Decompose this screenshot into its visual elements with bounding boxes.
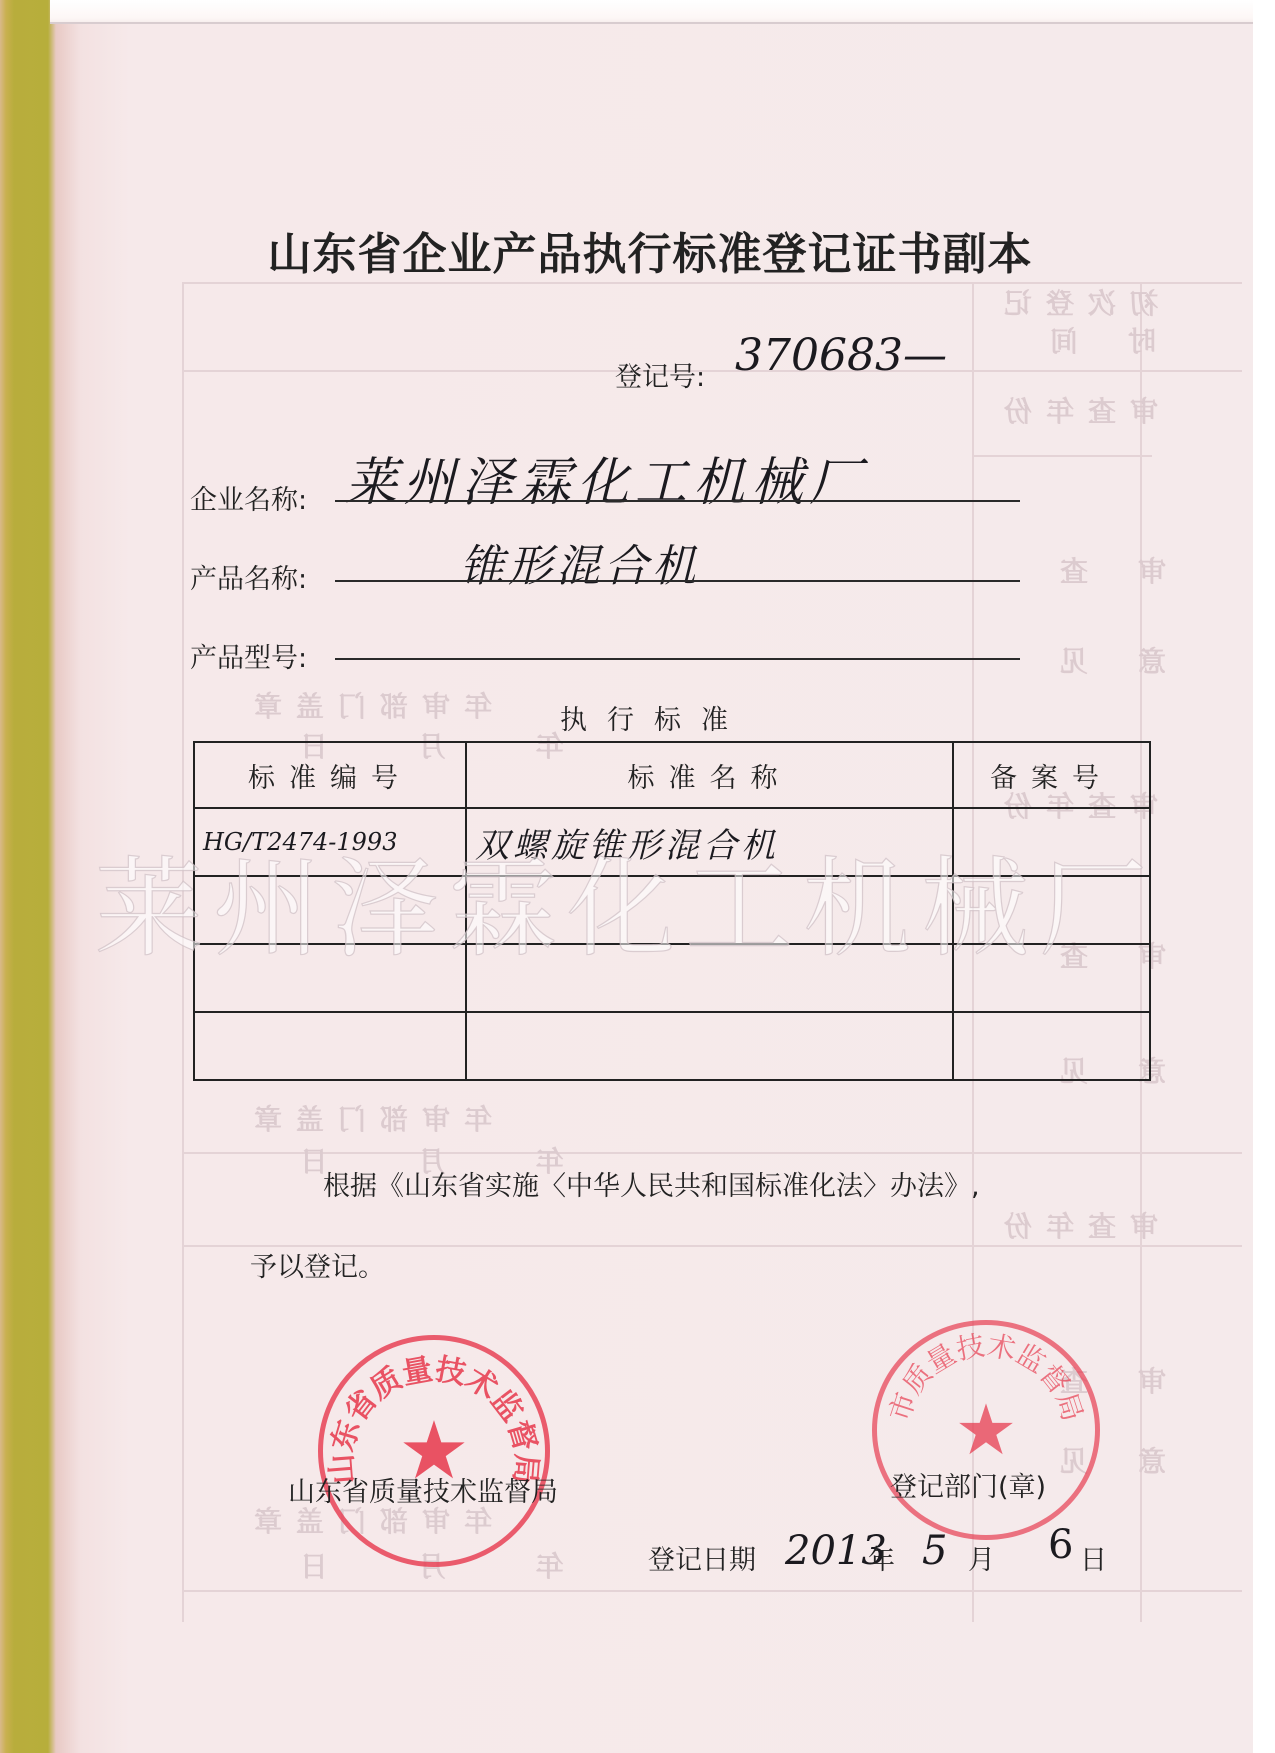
registration-month: 5 — [922, 1528, 947, 1574]
registering-dept-label: 登记部门(章) — [890, 1465, 1046, 1504]
company-name-value: 莱州泽霖化工机械厂 — [345, 440, 867, 515]
bleed-text: 审查年份 — [990, 1205, 1158, 1245]
bleed-text: 审查 — [1010, 550, 1166, 590]
table-row: HG/T2474-1993 双螺旋锥形混合机 — [194, 808, 1150, 876]
filing-no-cell — [953, 876, 1150, 944]
standard-no-cell: HG/T2474-1993 — [194, 808, 466, 876]
basis-text-line1: 根据《山东省实施〈中华人民共和国标准化法〉办法》, — [323, 1164, 980, 1203]
registration-day: 6 — [1048, 1522, 1073, 1568]
column-header-standard-no: 标准编号 — [194, 742, 466, 808]
table-row — [194, 944, 1150, 1012]
year-unit: 年 — [868, 1538, 895, 1577]
month-unit: 月 — [968, 1538, 995, 1577]
standard-no-cell — [194, 1012, 466, 1080]
product-name-underline — [335, 580, 1020, 582]
bleed-text: 时间 — [1000, 320, 1156, 360]
company-name-underline — [335, 500, 1020, 502]
bleed-text: 年审部门盖章 — [240, 1098, 492, 1138]
product-name-label: 产品名称: — [190, 557, 307, 596]
standard-name-cell — [466, 1012, 953, 1080]
column-header-filing-no: 备案号 — [953, 742, 1150, 808]
standard-name-cell — [466, 944, 953, 1012]
standards-table: 标准编号 标准名称 备案号 HG/T2474-1993 双螺旋锥形混合机 — [193, 741, 1151, 1081]
filing-no-cell — [953, 944, 1150, 1012]
bleed-text: 审查年份 — [990, 390, 1158, 430]
document-title: 山东省企业产品执行标准登记证书副本 — [200, 218, 1100, 282]
basis-text-line2: 予以登记。 — [250, 1245, 385, 1284]
table-row — [194, 876, 1150, 944]
standards-section-title: 执行标准 — [560, 698, 748, 737]
registration-date-label: 登记日期 — [648, 1538, 756, 1577]
column-header-standard-name: 标准名称 — [466, 742, 953, 808]
scan-background — [1253, 0, 1275, 1753]
standard-name-cell — [466, 876, 953, 944]
registration-no-label: 登记号: — [615, 355, 705, 394]
standard-name-cell: 双螺旋锥形混合机 — [466, 808, 953, 876]
standard-no-cell — [194, 944, 466, 1012]
day-unit: 日 — [1080, 1538, 1107, 1577]
table-row — [194, 1012, 1150, 1080]
standard-no-cell — [194, 876, 466, 944]
filing-no-cell — [953, 1012, 1150, 1080]
table-header-row: 标准编号 标准名称 备案号 — [194, 742, 1150, 808]
provincial-seal: 山东省质量技术监督局 ★ — [318, 1335, 550, 1567]
registration-no-value: 370683— — [735, 330, 947, 381]
product-model-label: 产品型号: — [190, 636, 307, 675]
product-name-value: 锥形混合机 — [460, 530, 700, 594]
star-icon: ★ — [955, 1395, 1018, 1465]
paper-top-edge — [50, 0, 1255, 24]
company-name-label: 企业名称: — [190, 478, 307, 517]
issuer-name: 山东省质量技术监督局 — [288, 1470, 558, 1509]
bleed-text: 年审部门盖章 — [240, 685, 492, 725]
bleed-text: 初次登记 — [990, 282, 1158, 322]
filing-no-cell — [953, 808, 1150, 876]
registration-dept-seal: 市质量技术监督局 ★ — [872, 1320, 1100, 1540]
bleed-text: 意见 — [1010, 640, 1166, 680]
product-model-underline — [335, 658, 1020, 660]
